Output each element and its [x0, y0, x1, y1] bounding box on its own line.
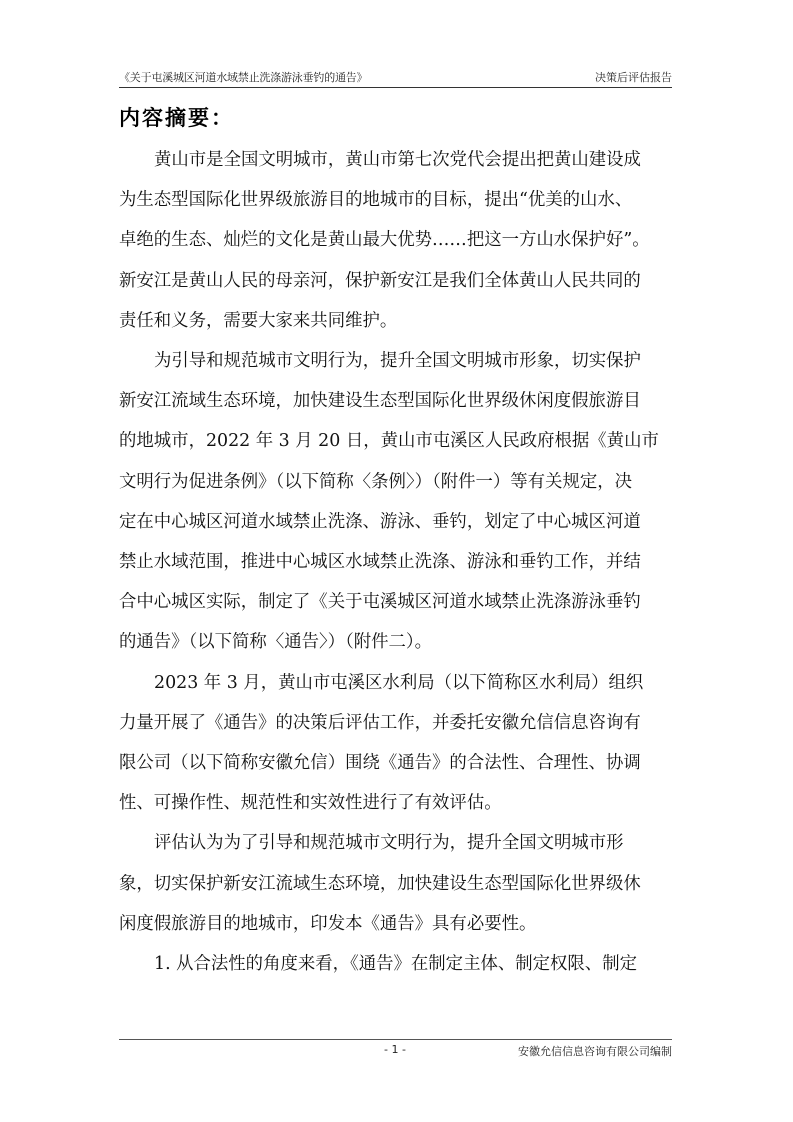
text-line: 象，切实保护新安江流域生态环境，加快建设生态型国际化世界级休	[119, 864, 672, 904]
text-line: 为生态型国际化世界级旅游目的地城市的目标，提出“优美的山水、	[119, 180, 672, 220]
document-body: 黄山市是全国文明城市，黄山市第七次党代会提出把黄山建设成 为生态型国际化世界级旅…	[119, 140, 672, 984]
text-line: 力量开展了《通告》的决策后评估工作，并委托安徽允信信息咨询有	[119, 703, 672, 743]
text-line: 性、可操作性、规范性和实效性进行了有效评估。	[119, 783, 672, 823]
text-line: 禁止水域范围，推进中心城区水域禁止洗涤、游泳和垂钓工作，并结	[119, 542, 672, 582]
text-line: 责任和义务，需要大家来共同维护。	[119, 301, 672, 341]
text-line: 合中心城区实际，制定了《关于屯溪城区河道水域禁止洗涤游泳垂钓	[119, 582, 672, 622]
header-report-type: 决策后评估报告	[595, 70, 672, 85]
text-line: 限公司（以下简称安徽允信）围绕《通告》的合法性、合理性、协调	[119, 743, 672, 783]
header-document-title: 《关于屯溪城区河道水域禁止洗涤游泳垂钓的通告》	[119, 70, 367, 85]
text-line: 新安江流域生态环境，加快建设生态型国际化世界级休闲度假旅游目	[119, 381, 672, 421]
footer-organization: 安徽允信信息咨询有限公司编制	[518, 1043, 672, 1059]
text-line: 的地城市，2022 年 3 月 20 日，黄山市屯溪区人民政府根据《黄山市	[119, 421, 672, 461]
text-line: 卓绝的生态、灿烂的文化是黄山最大优势……把这一方山水保护好”。	[119, 220, 672, 260]
text-line: 闲度假旅游目的地城市，印发本《通告》具有必要性。	[119, 904, 672, 944]
text-line: 黄山市是全国文明城市，黄山市第七次党代会提出把黄山建设成	[119, 140, 672, 180]
page-number: - 1 -	[384, 1043, 406, 1056]
section-title: 内容摘要：	[119, 103, 234, 133]
text-line: 新安江是黄山人民的母亲河，保护新安江是我们全体黄山人民共同的	[119, 261, 672, 301]
text-line: 评估认为为了引导和规范城市文明行为，提升全国文明城市形	[119, 823, 672, 863]
page-footer: - 1 - 安徽允信信息咨询有限公司编制	[119, 1039, 672, 1060]
text-line: 1. 从合法性的角度来看，《通告》在制定主体、制定权限、制定	[119, 944, 672, 984]
paragraph-background: 黄山市是全国文明城市，黄山市第七次党代会提出把黄山建设成 为生态型国际化世界级旅…	[119, 140, 672, 341]
page-header: 《关于屯溪城区河道水域禁止洗涤游泳垂钓的通告》 决策后评估报告	[119, 70, 672, 88]
text-line: 的通告》（以下简称〈通告〉）（附件二）。	[119, 622, 672, 662]
paragraph-necessity: 评估认为为了引导和规范城市文明行为，提升全国文明城市形 象，切实保护新安江流域生…	[119, 823, 672, 944]
text-line: 定在中心城区河道水域禁止洗涤、游泳、垂钓，划定了中心城区河道	[119, 502, 672, 542]
paragraph-policy-origin: 为引导和规范城市文明行为，提升全国文明城市形象，切实保护 新安江流域生态环境，加…	[119, 341, 672, 663]
paragraph-evaluation-work: 2023 年 3 月，黄山市屯溪区水利局（以下简称区水利局）组织 力量开展了《通…	[119, 663, 672, 824]
text-line: 文明行为促进条例》（以下简称〈条例〉）（附件一）等有关规定，决	[119, 462, 672, 502]
paragraph-legality: 1. 从合法性的角度来看，《通告》在制定主体、制定权限、制定	[119, 944, 672, 984]
text-line: 为引导和规范城市文明行为，提升全国文明城市形象，切实保护	[119, 341, 672, 381]
text-line: 2023 年 3 月，黄山市屯溪区水利局（以下简称区水利局）组织	[119, 663, 672, 703]
